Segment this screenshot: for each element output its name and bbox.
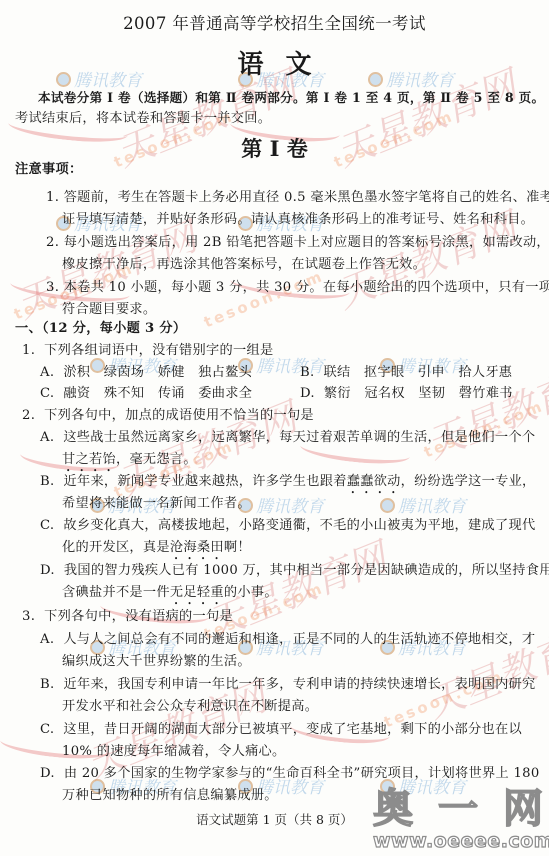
item-text: 答题前，考生在答题卡上务必用直径 0.5 毫米黑色墨水签字笔将自己的姓名、准考 (64, 190, 549, 205)
q1-option-a: A. 淤积 绿茵场 娇健 独占鳌头 (40, 365, 252, 381)
notice-item-3-cont: 符合题目要求。 (62, 302, 156, 318)
q2-option-b: B. 近年来，新闻学专业越来越热，许多学生也跟着蠢蠢欲动，纷纷选学这一专业， (40, 474, 536, 497)
oeeee-logo-text: 奥 一 网 (373, 788, 543, 830)
volume-title: 第 Ⅰ 卷 (0, 133, 549, 163)
question-number: 1. (22, 343, 35, 358)
emphasized-idiom: 甘之若饴 (62, 452, 116, 467)
intro-line-2: 考试结束后，将本试卷和答题卡一并交回。 (15, 111, 271, 127)
question-stem: 下列各句中，加点的成语使用不恰当的一句是 (44, 408, 314, 423)
notice-item-2-cont: 橡皮擦干净后，再选涂其他答案标号，在试题卷上作答无效。 (62, 257, 426, 273)
question-stem: 下列各句中，没有语病的一句是 (44, 609, 233, 624)
emphasized-idiom: 沧海桑田 (170, 540, 224, 555)
q1-option-d: D. 繁衍 冠名权 坚韧 磬竹难书 (300, 386, 513, 402)
q3-option-a-cont: 编织成这大千世界纷繁的生活。 (62, 654, 251, 670)
q1-option-b: B. 联结 抠字眼 引申 拾人牙惠 (300, 365, 512, 381)
q2-option-a-cont: 甘之若饴，毫无怨言。 (62, 452, 197, 475)
oeeee-watermark: 奥 一 网 www.oeeee.com (373, 788, 543, 852)
q3-option-c-cont: 10% 的速度每年缩减着，令人痛心。 (62, 744, 286, 760)
item-number: 2. (46, 235, 59, 250)
oeeee-url: www.oeeee.com (373, 830, 543, 852)
question-number: 2. (22, 408, 35, 423)
emphasized-idiom: 无足轻重 (170, 585, 224, 600)
q2-option-b-cont: 希望将来能做一名新闻工作者。 (62, 496, 251, 512)
tencent-logo-icon (380, 498, 395, 513)
q2-option-c-cont: 化的开发区，真是沧海桑田啊！ (62, 540, 251, 563)
question-2: 2. 下列各句中，加点的成语使用不恰当的一句是 (22, 408, 314, 424)
question-1: 1. 下列各组词语中，没有错别字的一组是 (22, 343, 273, 359)
notice-item-2: 2. 每小题选出答案后，用 2B 铅笔把答题卡上对应题目的答案标号涂黑，如需改动… (46, 235, 549, 251)
notice-item-1-cont: 证号填写清楚，并贴好条形码。请认真核准条形码上的准考证号、姓名和科目。 (62, 212, 534, 228)
item-number: 1. (46, 190, 59, 205)
question-stem: 下列各组词语中，没有错别字的一组是 (44, 343, 273, 358)
q3-option-b-cont: 开发水平和社会公众专利意识在不断提高。 (62, 699, 318, 715)
notice-item-1: 1. 答题前，考生在答题卡上务必用直径 0.5 毫米黑色墨水签字笔将自己的姓名、… (46, 190, 549, 206)
item-text: 每小题选出答案后，用 2B 铅笔把答题卡上对应题目的答案标号涂黑，如需改动，用 (64, 235, 549, 250)
question-3: 3. 下列各句中，没有语病的一句是 (22, 609, 233, 625)
q3-option-b: B. 近年来，我国专利申请一年比一年多，专利申请的持续快速增长，表明国内研究 (40, 677, 536, 693)
q2-option-d-cont: 含碘盐并不是一件无足轻重的小事。 (62, 585, 278, 608)
q2-option-c: C. 故乡变化真大，高楼拔地起，小路变通衢，不毛的小山被夷为平地，建成了现代 (40, 518, 535, 534)
q3-option-d: D. 由 20 多个国家的生物学家参与的“生命百科全书”研究项目，计划将世界上 … (40, 766, 540, 782)
notice-heading: 注意事项： (15, 162, 82, 178)
subject-title: 语文 (0, 44, 549, 81)
question-number: 3. (22, 609, 35, 624)
q2-option-d: D. 我国的智力残疾人已有 1000 万，其中相当一部分是因缺碘造成的，所以坚持… (40, 563, 549, 579)
item-text: 本卷共 10 小题，每小题 3 分，共 30 分。在每小题给出的四个选项中，只有… (64, 280, 549, 295)
section-heading: 一、（12 分，每小题 3 分） (15, 321, 186, 337)
exam-page: 腾讯教育 腾讯教育 腾讯教育 腾讯教育 腾讯教育 腾讯教育 腾讯教育 腾讯教育 … (0, 0, 549, 856)
item-number: 3. (46, 280, 59, 295)
notice-item-3: 3. 本卷共 10 小题，每小题 3 分，共 30 分。在每小题给出的四个选项中… (46, 280, 549, 296)
emphasized-idiom: 蠢蠢欲动 (347, 474, 401, 489)
intro-line-1: 本试卷分第 Ⅰ 卷（选择题）和第 Ⅱ 卷两部分。第 Ⅰ 卷 1 至 4 页，第 … (38, 90, 544, 106)
q3-option-d-cont: 万种已知物种的所有信息编纂成册。 (62, 788, 278, 804)
q2-option-a: A. 这些战士虽然远离家乡，远离繁华，每天过着艰苦单调的生活，但是他们一个个 (40, 430, 535, 446)
q3-option-a: A. 人与人之间总会有不同的邂逅和相逢，正是不同的人的生活轨迹不停地相交，才 (40, 632, 535, 648)
q3-option-c: C. 这里，昔日开阔的湖面大部分已被填平，变成了宅基地，剩下的小部分也在以 (40, 722, 522, 738)
exam-title: 2007 年普通高等学校招生全国统一考试 (0, 10, 549, 34)
q1-option-c: C. 融资 殊不知 传诵 委曲求全 (40, 386, 252, 402)
